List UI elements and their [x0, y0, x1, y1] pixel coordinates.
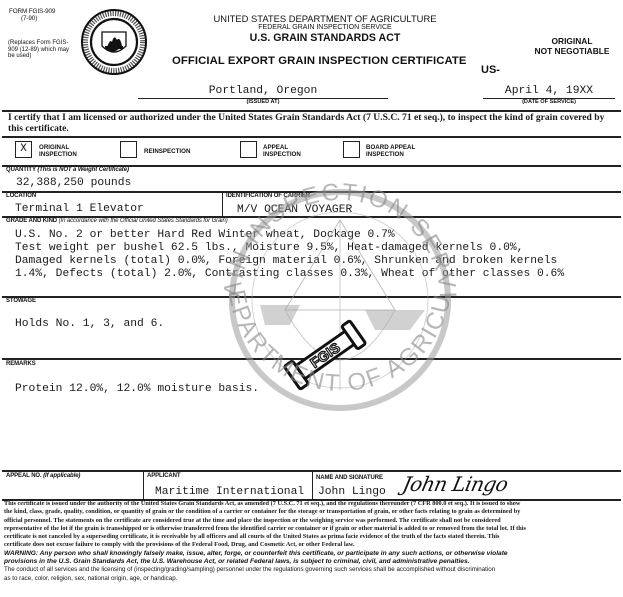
- appeal-number-label: APPEAL NO. (If applicable): [6, 473, 80, 479]
- stowage-label: STOWAGE: [6, 298, 36, 304]
- grade-note: (In accordance with the Official United …: [59, 218, 228, 224]
- legal-line: certificate does not excuse failure to c…: [4, 541, 621, 549]
- column-divider: [312, 470, 313, 500]
- warning-line: WARNING: Any person who shall knowingly …: [4, 550, 621, 558]
- legal-line: representative of the lot if the grain i…: [4, 525, 621, 533]
- quantity-note: (This is NOT a Weight Certificate): [37, 167, 129, 173]
- location-label: LOCATION: [6, 193, 36, 199]
- form-date-text: (7-90): [9, 15, 55, 22]
- certification-statement: I certify that I am licensed or authoriz…: [8, 112, 608, 134]
- grade-line: Test weight per bushel 62.5 lbs., Moistu…: [15, 242, 564, 255]
- appeal-inspection-label: APPEAL INSPECTION: [263, 144, 301, 158]
- original-label: ORIGINAL: [522, 36, 622, 46]
- original-not-negotiable: ORIGINAL NOT NEGOTIABLE: [522, 36, 622, 56]
- agency-line1: UNITED STATES DEPARTMENT OF AGRICULTURE: [175, 14, 475, 24]
- legal-line: the kind, class, grade, quality, conditi…: [4, 508, 621, 516]
- remarks-label: REMARKS: [6, 361, 36, 367]
- svg-text:FGIS: FGIS: [307, 339, 343, 371]
- reinspection-label: REINSPECTION: [144, 148, 190, 155]
- issued-at-label: (ISSUED AT): [138, 99, 388, 106]
- column-divider: [143, 470, 144, 500]
- divider: [2, 358, 621, 360]
- divider: [2, 296, 621, 298]
- board-appeal-inspection-label: BOARD APPEAL INSPECTION: [366, 144, 415, 158]
- board-appeal-inspection-checkbox[interactable]: [343, 141, 360, 158]
- grade-text: U.S. No. 2 or better Hard Red Winter whe…: [15, 229, 564, 281]
- stowage-value: Holds No. 1, 3, and 6.: [15, 318, 164, 330]
- carrier-value: M/V OCEAN VOYAGER: [237, 204, 352, 216]
- grade-line: Damaged kernels (total) 0.0%, Foreign ma…: [15, 255, 564, 268]
- act-title: U.S. GRAIN STANDARDS ACT: [175, 32, 475, 44]
- date-of-service-field: April 4, 19XX (DATE OF SERVICE): [483, 85, 615, 106]
- agency-line2: FEDERAL GRAIN INSPECTION SERVICE: [175, 24, 475, 32]
- legal-line: official personnel. The statements on th…: [4, 517, 621, 525]
- certificate-number-prefix: US-: [481, 64, 500, 76]
- appeal-number-note: (If applicable): [43, 473, 80, 479]
- not-negotiable-label: NOT NEGOTIABLE: [522, 46, 622, 56]
- certificate-title: OFFICIAL EXPORT GRAIN INSPECTION CERTIFI…: [172, 55, 467, 67]
- agency-header: UNITED STATES DEPARTMENT OF AGRICULTURE …: [175, 14, 475, 44]
- name-signature-label: NAME AND SIGNATURE: [316, 475, 383, 481]
- handwritten-signature: John Lingo: [400, 472, 510, 496]
- grade-line: U.S. No. 2 or better Hard Red Winter whe…: [15, 229, 564, 242]
- date-of-service-label: (DATE OF SERVICE): [483, 99, 615, 106]
- usda-seal-icon: [80, 8, 148, 76]
- carrier-label: IDENTIFICATION OF CARRIER: [226, 193, 310, 199]
- applicant-label: APPLICANT: [147, 473, 180, 479]
- conduct-line: The conduct of all services and the lice…: [4, 566, 621, 574]
- column-divider: [222, 191, 223, 217]
- quantity-label: QUANTITY (This is NOT a Weight Certifica…: [6, 167, 129, 173]
- form-number-text: FORM FGIS-909: [9, 8, 55, 15]
- grade-line: 1.4%, Defects (total) 2.0%, Contrasting …: [15, 268, 564, 281]
- legal-footer: This certificate is issued under the aut…: [4, 500, 621, 583]
- divider: [2, 136, 621, 138]
- form-number: FORM FGIS-909 (7-90): [9, 8, 55, 22]
- applicant-value: Maritime International: [155, 486, 304, 498]
- conduct-line: as to race, color, religion, sex, nation…: [4, 575, 621, 583]
- inspector-name-value: John Lingo: [318, 486, 386, 498]
- location-value: Terminal 1 Elevator: [15, 203, 144, 215]
- grade-label: GRADE AND KIND (In accordance with the O…: [6, 218, 228, 224]
- original-inspection-checkbox[interactable]: X: [15, 141, 32, 158]
- issued-at-field: Portland, Oregon (ISSUED AT): [138, 85, 388, 106]
- date-of-service-value: April 4, 19XX: [483, 85, 615, 97]
- warning-line: provisions in the U.S. Grain Standards A…: [4, 558, 621, 566]
- replaces-note: (Replaces Form FGIS-909 (12-89) which ma…: [8, 40, 74, 60]
- remarks-value: Protein 12.0%, 12.0% moisture basis.: [15, 383, 259, 395]
- quantity-value: 32,388,250 pounds: [16, 177, 131, 189]
- issued-at-value: Portland, Oregon: [138, 85, 388, 97]
- reinspection-checkbox[interactable]: [120, 141, 137, 158]
- legal-line: certificate is not canceled by a superse…: [4, 533, 621, 541]
- original-inspection-label: ORIGINAL INSPECTION: [39, 144, 77, 158]
- divider: [2, 191, 621, 193]
- legal-line: This certificate is issued under the aut…: [4, 500, 621, 508]
- appeal-inspection-checkbox[interactable]: [240, 141, 257, 158]
